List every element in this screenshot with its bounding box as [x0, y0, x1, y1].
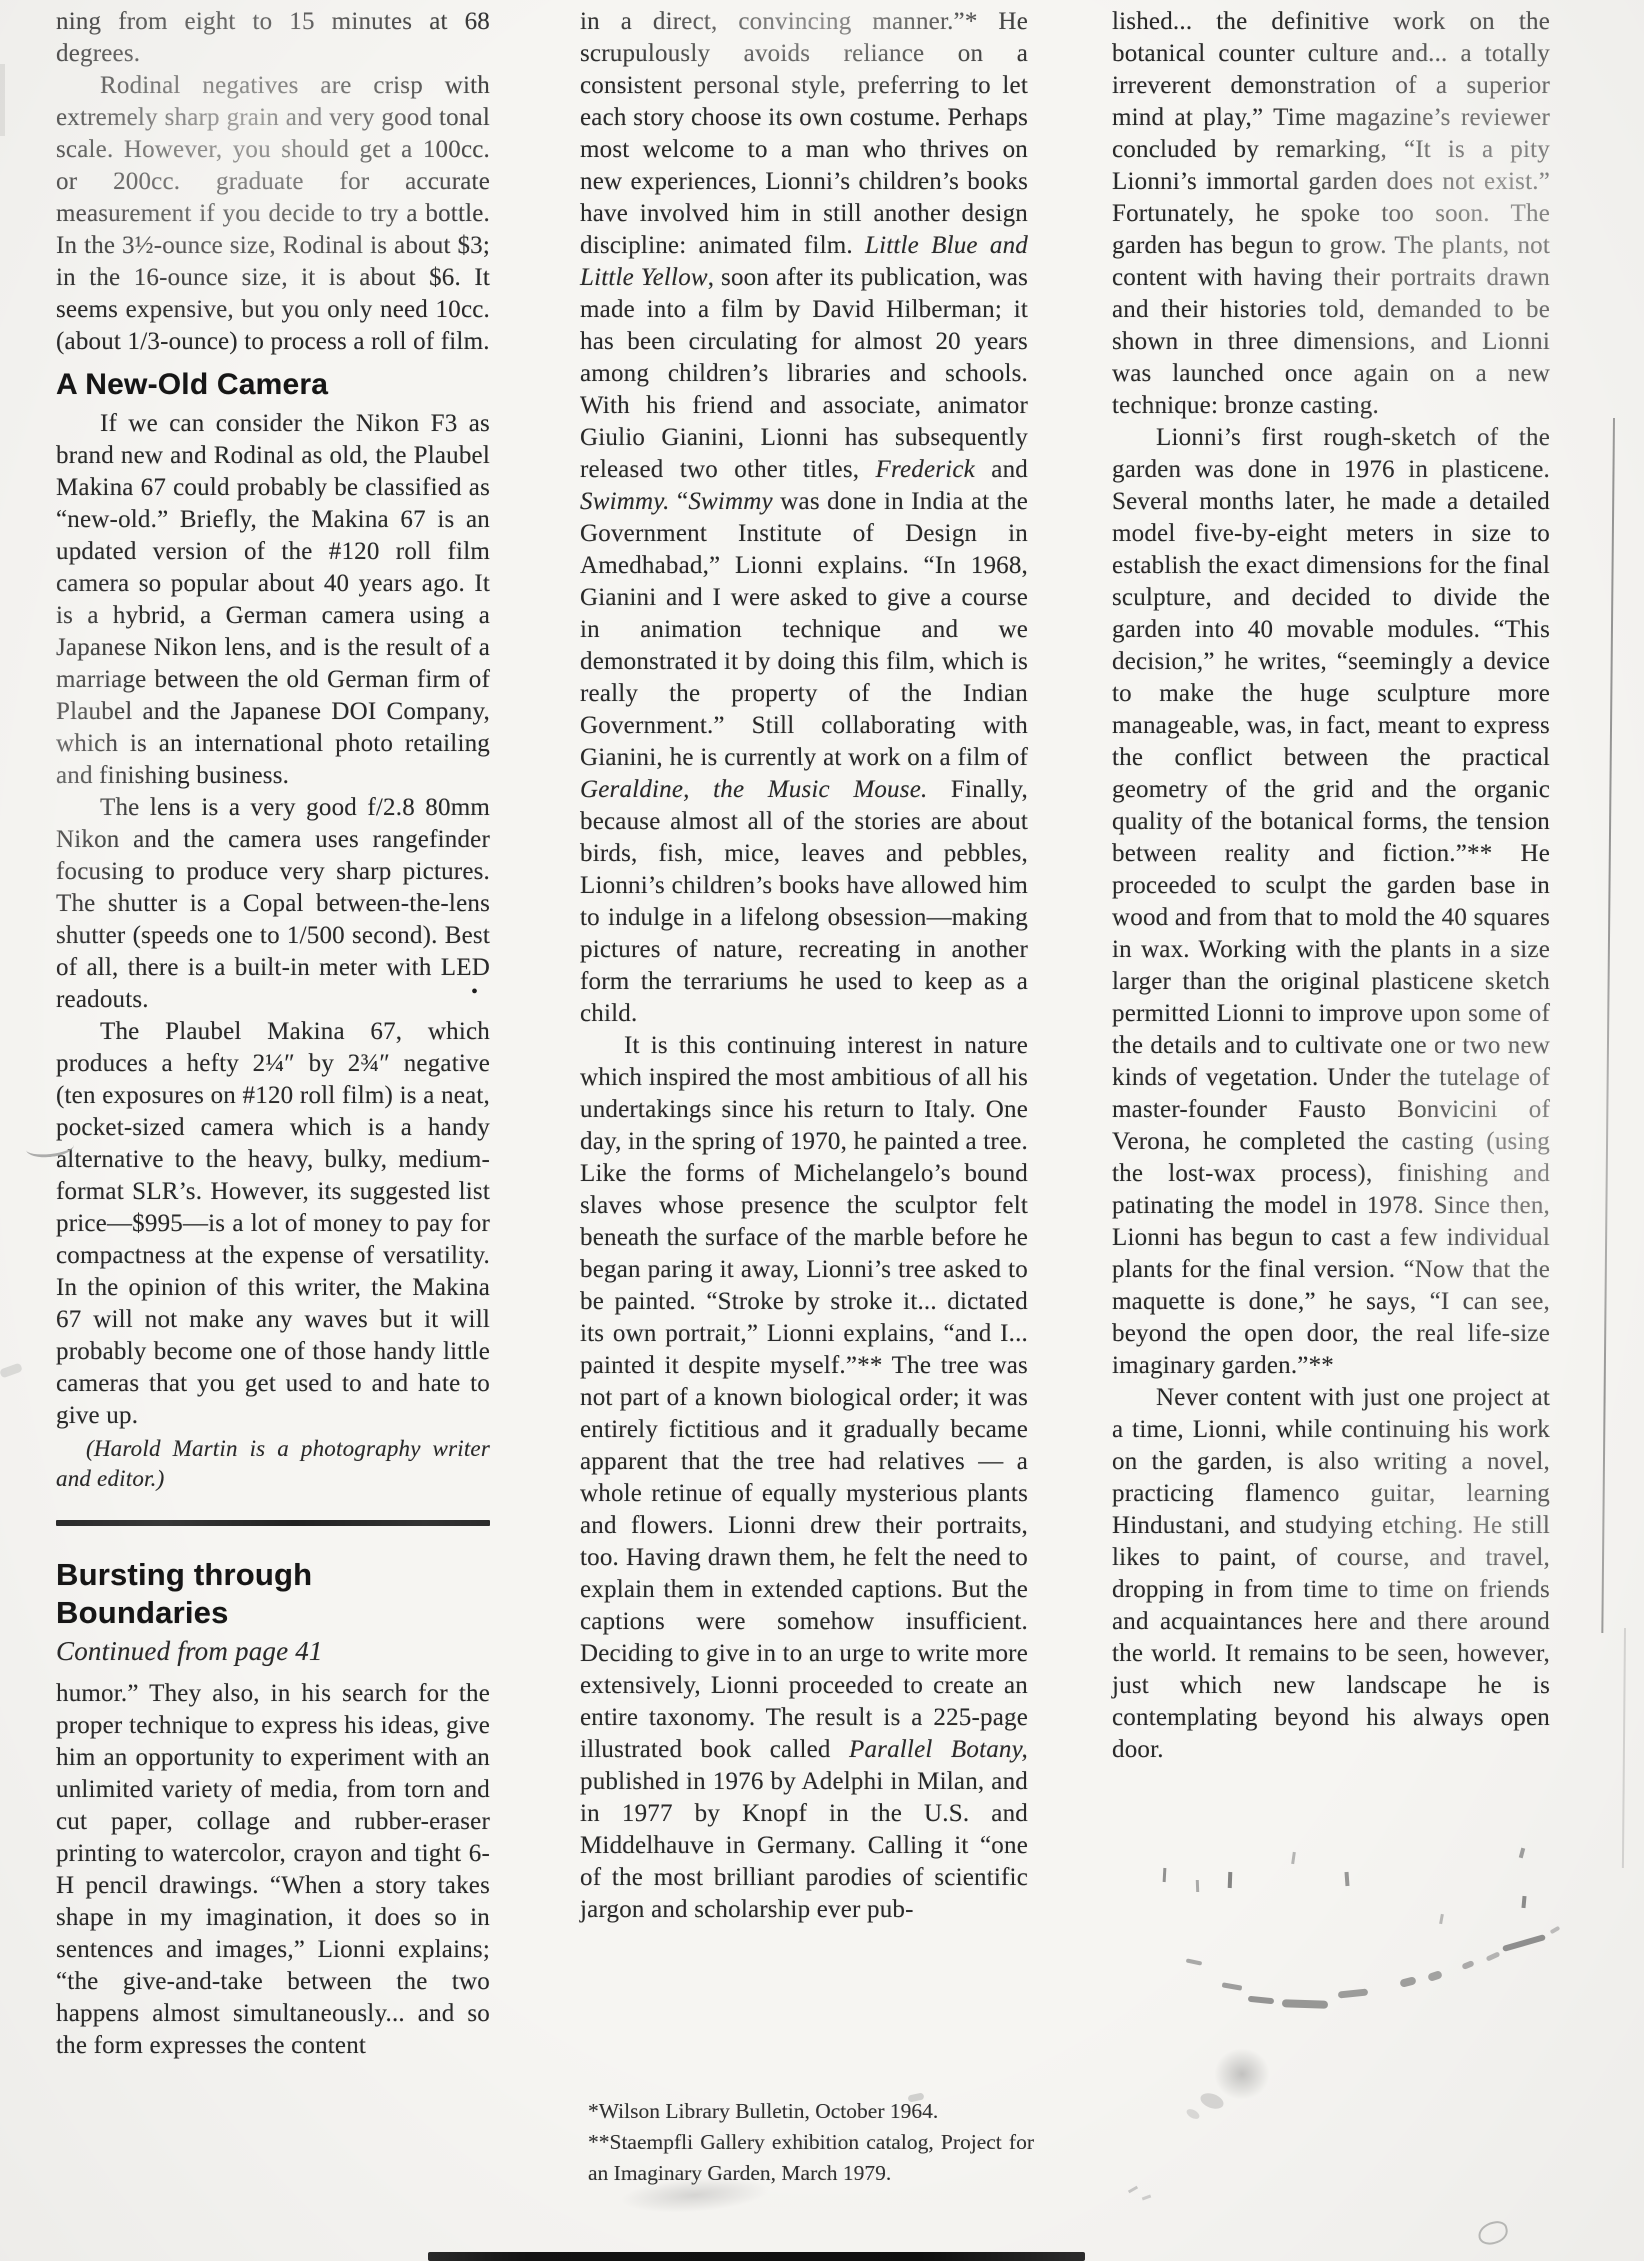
pen-dash: [1222, 1982, 1243, 1990]
page-edge-scan-line: [1601, 418, 1615, 1633]
paragraph-developer-times: ning from eight to 15 minutes at 68 degr…: [56, 6, 490, 70]
pen-smear: [1338, 1988, 1369, 1998]
paragraph-lionni-films: in a direct, convincing manner.”* He scr…: [580, 6, 1028, 1030]
pen-dash: [1486, 1951, 1501, 1961]
column-right: lished... the definitive work on the bot…: [1112, 6, 1550, 1766]
footnote-wilson-bulletin: *Wilson Library Bulletin, October 1964.: [588, 2096, 1034, 2127]
paragraph-time-review: lished... the definitive work on the bot…: [1112, 6, 1550, 422]
printed-bullet-mark: •: [471, 981, 478, 1004]
paragraph-makina-lens: The lens is a very good f/2.8 80mm Nikon…: [56, 792, 490, 1016]
paragraph-makina-intro: If we can consider the Nikon F3 as brand…: [56, 408, 490, 792]
paragraph-garden-casting: Lionni’s first rough-sketch of the garde…: [1112, 422, 1550, 1382]
paragraph-never-content: Never content with just one project at a…: [1112, 1382, 1550, 1766]
pen-tick: [1291, 1852, 1296, 1864]
column-left: ning from eight to 15 minutes at 68 degr…: [56, 6, 490, 2062]
page-edge-scan-line-faint: [1622, 1628, 1626, 1868]
pen-smear: [1282, 1999, 1328, 2009]
pen-tick: [1228, 1872, 1233, 1888]
column-middle: in a direct, convincing manner.”* He scr…: [580, 6, 1028, 1926]
paragraph-rodinal-negatives: Rodinal negatives are crisp with extreme…: [56, 70, 490, 358]
pen-smear: [1502, 1934, 1546, 1952]
section-heading-bursting-boundaries: Bursting through Boundaries: [56, 1556, 490, 1632]
pen-tick: [1519, 1848, 1525, 1859]
author-credit: (Harold Martin is a photography writer a…: [56, 1434, 490, 1494]
paragraph-makina-price: The Plaubel Makina 67, which produces a …: [56, 1016, 490, 1432]
footnote-staempfli-catalog: **Staempfli Gallery exhibition catalog, …: [588, 2127, 1034, 2189]
scanner-edge-bar: [428, 2252, 1085, 2261]
pen-tick: [1163, 1868, 1167, 1882]
pen-dash: [1142, 2195, 1151, 2201]
pen-tick: [1521, 1896, 1526, 1908]
pen-dash: [1248, 1996, 1274, 2005]
magazine-page-scan: ning from eight to 15 minutes at 68 degr…: [0, 0, 1644, 2261]
pen-dash: [1461, 1960, 1474, 1970]
pen-dash: [1399, 1976, 1417, 1988]
pen-dash: [1427, 1970, 1443, 1982]
pen-tick: [1439, 1914, 1444, 1924]
edge-smudge: [0, 1363, 23, 1379]
pen-tick: [1345, 1872, 1350, 1886]
paragraph-lionni-media: humor.” They also, in his search for the…: [56, 1678, 490, 2062]
footnotes-block: *Wilson Library Bulletin, October 1964. …: [588, 2096, 1034, 2189]
section-divider: [56, 1520, 490, 1526]
paragraph-parallel-botany: It is this continuing interest in nature…: [580, 1030, 1028, 1926]
section-heading-new-old-camera: A New-Old Camera: [56, 367, 490, 403]
pen-tick: [1196, 1880, 1199, 1892]
smudge-blob: [1198, 2090, 1225, 2111]
pen-dash: [1128, 2186, 1138, 2194]
pen-dash: [1186, 1958, 1202, 1965]
edge-streak: [0, 64, 5, 136]
smudge-blob: [1185, 2107, 1201, 2121]
smudge-blob: [1214, 2048, 1270, 2100]
pen-dash: [1550, 1926, 1561, 1934]
continued-from-note: Continued from page 41: [56, 1634, 490, 1668]
pen-scribble-corner: [1476, 2219, 1510, 2247]
